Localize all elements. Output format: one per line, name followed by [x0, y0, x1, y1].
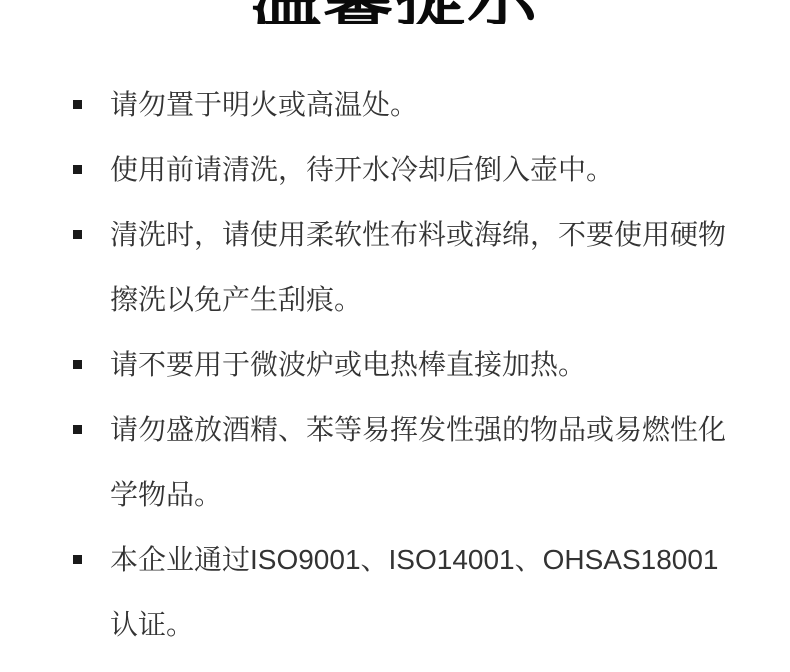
list-item-line: 擦洗以免产生刮痕。	[110, 267, 773, 332]
bullet-icon	[73, 555, 82, 564]
list-item: 请勿置于明火或高温处。	[73, 72, 773, 137]
list-item: 请勿盛放酒精、苯等易挥发性强的物品或易燃性化 学物品。	[73, 397, 773, 527]
notice-list: 请勿置于明火或高温处。 使用前请清洗，待开水冷却后倒入壶中。 清洗时，请使用柔软…	[73, 72, 773, 657]
list-item-line: 请不要用于微波炉或电热棒直接加热。	[110, 332, 773, 397]
list-item: 使用前请清洗，待开水冷却后倒入壶中。	[73, 137, 773, 202]
list-item: 请不要用于微波炉或电热棒直接加热。	[73, 332, 773, 397]
list-item-line: 使用前请清洗，待开水冷却后倒入壶中。	[110, 137, 773, 202]
bullet-icon	[73, 100, 82, 109]
list-item-line: 请勿置于明火或高温处。	[110, 72, 773, 137]
list-item: 本企业通过ISO9001、ISO14001、OHSAS18001 认证。	[73, 527, 773, 657]
list-item: 清洗时，请使用柔软性布料或海绵，不要使用硬物 擦洗以免产生刮痕。	[73, 202, 773, 332]
page-title: 温馨提示	[0, 0, 790, 24]
bullet-icon	[73, 165, 82, 174]
title-clip: 温馨提示	[0, 0, 790, 24]
list-item-line: 本企业通过ISO9001、ISO14001、OHSAS18001	[110, 527, 773, 592]
list-item-line: 清洗时，请使用柔软性布料或海绵，不要使用硬物	[110, 202, 773, 267]
bullet-icon	[73, 425, 82, 434]
list-item-line: 认证。	[110, 592, 773, 657]
bullet-icon	[73, 230, 82, 239]
list-item-line: 学物品。	[110, 462, 773, 527]
bullet-icon	[73, 360, 82, 369]
list-item-line: 请勿盛放酒精、苯等易挥发性强的物品或易燃性化	[110, 397, 773, 462]
